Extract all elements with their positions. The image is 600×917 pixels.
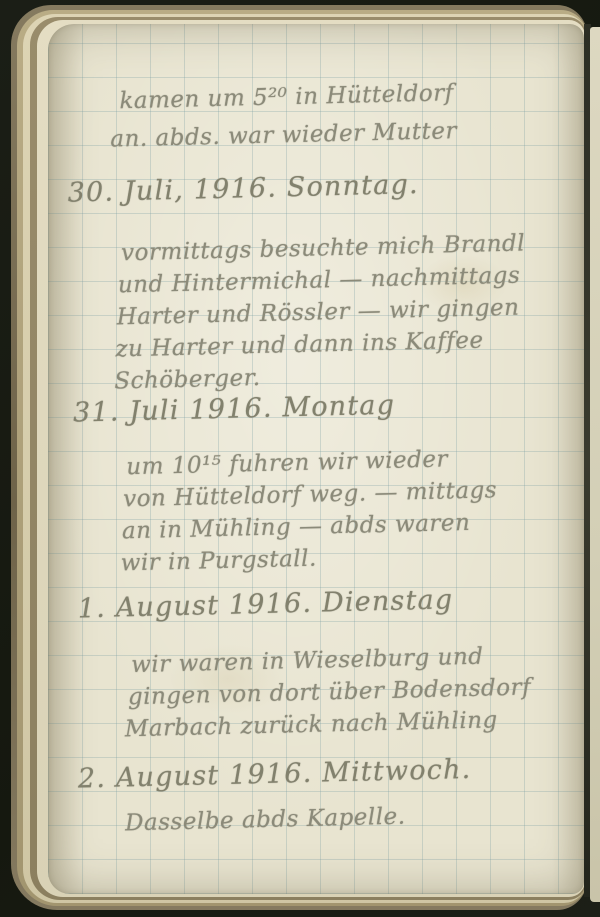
entry-heading-1-august: 1. August 1916. Dienstag xyxy=(77,584,453,624)
diary-line: wir waren in Wieselburg und xyxy=(131,644,484,679)
entry-heading-31-juli: 31. Juli 1916. Montag xyxy=(73,390,396,429)
diary-line: vormittags besuchte mich Brandl xyxy=(121,230,526,266)
diary-intro-line: kamen um 5²⁰ in Hütteldorf xyxy=(119,80,454,114)
diary-intro-line: an. abds. war wieder Mutter xyxy=(110,118,457,152)
diary-line: wir in Purgstall. xyxy=(120,546,317,577)
diary-line: von Hütteldorf weg. — mittags xyxy=(123,477,498,512)
diary-line: Harter und Rössler — wir gingen xyxy=(116,295,519,331)
handwriting-layer: kamen um 5²⁰ in Hütteldorf an. abds. war… xyxy=(0,0,600,917)
diary-line: an in Mühling — abds waren xyxy=(122,510,471,545)
entry-heading-30-juli: 30. Juli, 1916. Sonntag. xyxy=(67,169,419,209)
diary-line: um 10¹⁵ fuhren wir wieder xyxy=(126,446,448,480)
diary-line: Marbach zurück nach Mühling xyxy=(124,707,498,742)
notebook-photo: kamen um 5²⁰ in Hütteldorf an. abds. war… xyxy=(0,0,600,917)
diary-line: Dasselbe abds Kapelle. xyxy=(125,804,406,837)
diary-line: Schöberger. xyxy=(114,365,261,395)
diary-line: zu Harter und dann ins Kaffee xyxy=(115,327,484,362)
diary-line: gingen von dort über Bodensdorf xyxy=(128,674,532,710)
diary-line: und Hintermichal — nachmittags xyxy=(118,263,521,299)
entry-heading-2-august: 2. August 1916. Mittwoch. xyxy=(78,754,472,795)
